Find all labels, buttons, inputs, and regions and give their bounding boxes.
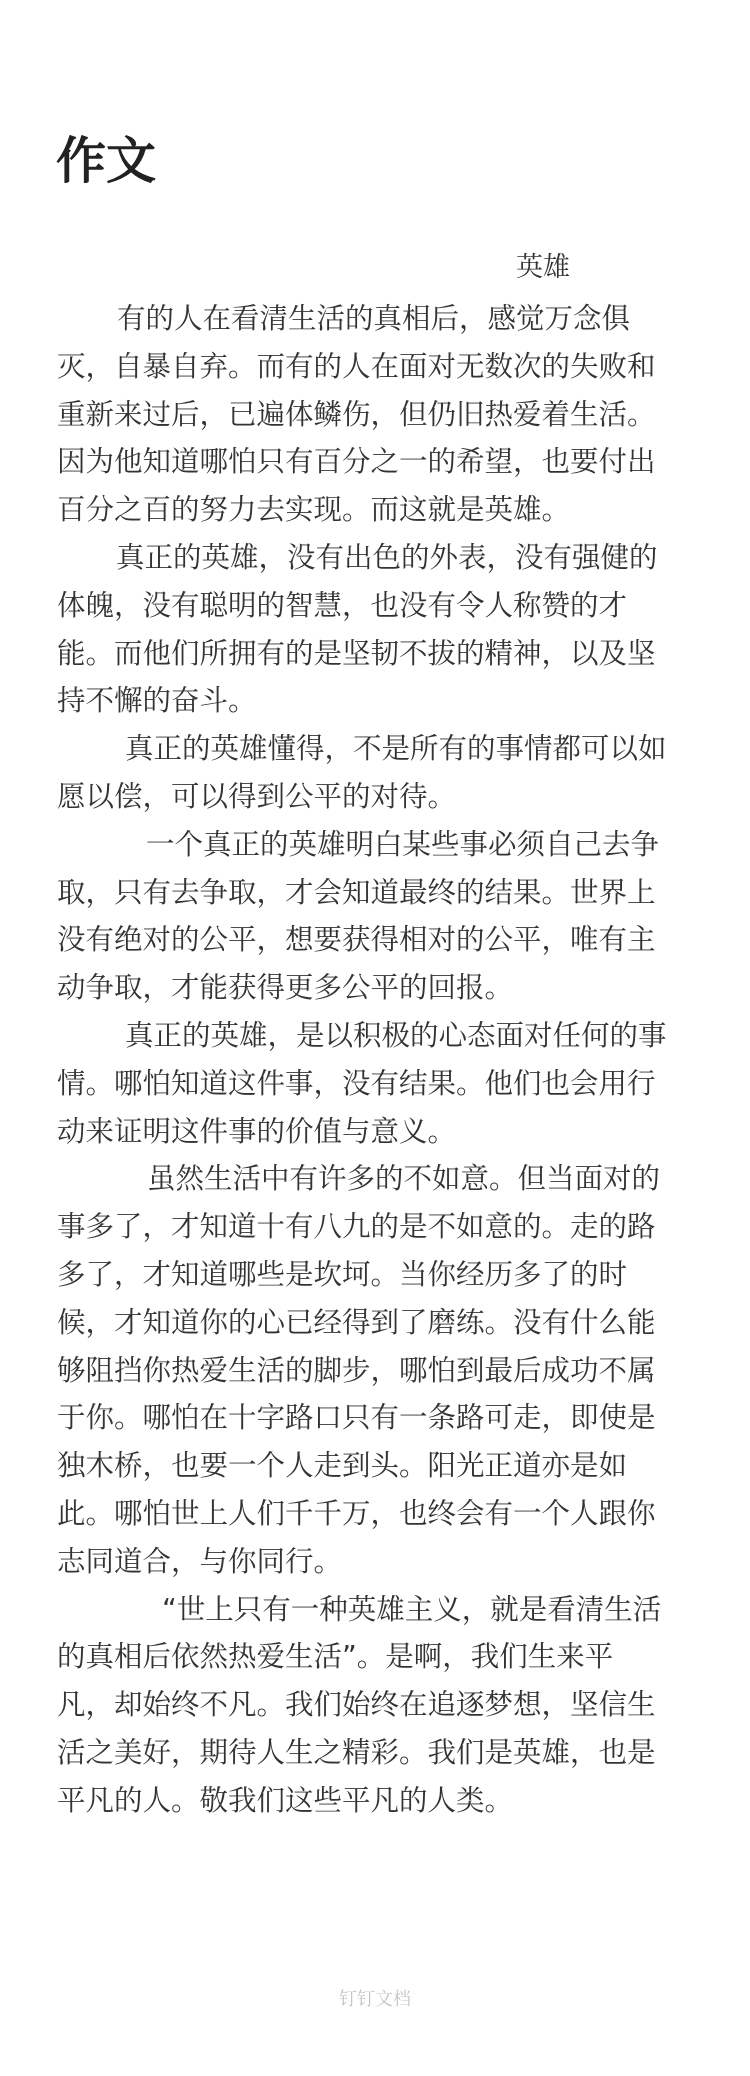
essay-line: 活之美好，期待人生之精彩。我们是英雄，也是 xyxy=(57,1729,717,1777)
essay-line: 一个真正的英雄明白某些事必须自己去争 xyxy=(57,821,717,869)
essay-heading: 英雄 xyxy=(516,248,570,288)
essay-body: 有的人在看清生活的真相后，感觉万念俱灭，自暴自弃。而有的人在面对无数次的失败和重… xyxy=(57,295,717,1825)
essay-line: 此。哪怕世上人们千千万，也终会有一个人跟你 xyxy=(57,1490,717,1538)
essay-line: 真正的英雄，没有出色的外表，没有强健的 xyxy=(57,534,717,582)
essay-line: 灭，自暴自弃。而有的人在面对无数次的失败和 xyxy=(57,343,717,391)
essay-line: 百分之百的努力去实现。而这就是英雄。 xyxy=(57,486,717,534)
essay-line: 能。而他们所拥有的是坚韧不拔的精神，以及坚 xyxy=(57,630,717,678)
essay-line: 有的人在看清生活的真相后，感觉万念俱 xyxy=(57,295,717,343)
essay-line: 志同道合，与你同行。 xyxy=(57,1538,717,1586)
essay-line: 情。哪怕知道这件事，没有结果。他们也会用行 xyxy=(57,1060,717,1108)
essay-line: 没有绝对的公平，想要获得相对的公平，唯有主 xyxy=(57,916,717,964)
essay-line: 于你。哪怕在十字路口只有一条路可走，即使是 xyxy=(57,1394,717,1442)
essay-line: 候，才知道你的心已经得到了磨练。没有什么能 xyxy=(57,1299,717,1347)
essay-line: 真正的英雄懂得，不是所有的事情都可以如 xyxy=(57,725,717,773)
essay-line: 真正的英雄，是以积极的心态面对任何的事 xyxy=(57,1012,717,1060)
essay-line: 动来证明这件事的价值与意义。 xyxy=(57,1108,717,1156)
essay-line: 的真相后依然热爱生活”。是啊，我们生来平 xyxy=(57,1633,717,1681)
essay-line: 体魄，没有聪明的智慧，也没有令人称赞的才 xyxy=(57,582,717,630)
essay-line: 够阻挡你热爱生活的脚步，哪怕到最后成功不属 xyxy=(57,1347,717,1395)
essay-line: 持不懈的奋斗。 xyxy=(57,677,717,725)
document-title: 作文 xyxy=(56,126,156,196)
essay-line: “世上只有一种英雄主义，就是看清生活 xyxy=(57,1586,717,1634)
essay-line: 虽然生活中有许多的不如意。但当面对的 xyxy=(57,1155,717,1203)
essay-line: 凡，却始终不凡。我们始终在追逐梦想，坚信生 xyxy=(57,1681,717,1729)
essay-line: 愿以偿，可以得到公平的对待。 xyxy=(57,773,717,821)
essay-line: 平凡的人。敬我们这些平凡的人类。 xyxy=(57,1777,717,1825)
essay-line: 多了，才知道哪些是坎坷。当你经历多了的时 xyxy=(57,1251,717,1299)
footer-brand: 钉钉文档 xyxy=(0,1986,750,2014)
essay-line: 重新来过后，已遍体鳞伤，但仍旧热爱着生活。 xyxy=(57,391,717,439)
essay-line: 动争取，才能获得更多公平的回报。 xyxy=(57,964,717,1012)
essay-line: 独木桥，也要一个人走到头。阳光正道亦是如 xyxy=(57,1442,717,1490)
essay-line: 事多了，才知道十有八九的是不如意的。走的路 xyxy=(57,1203,717,1251)
essay-line: 取，只有去争取，才会知道最终的结果。世界上 xyxy=(57,869,717,917)
essay-line: 因为他知道哪怕只有百分之一的希望，也要付出 xyxy=(57,438,717,486)
